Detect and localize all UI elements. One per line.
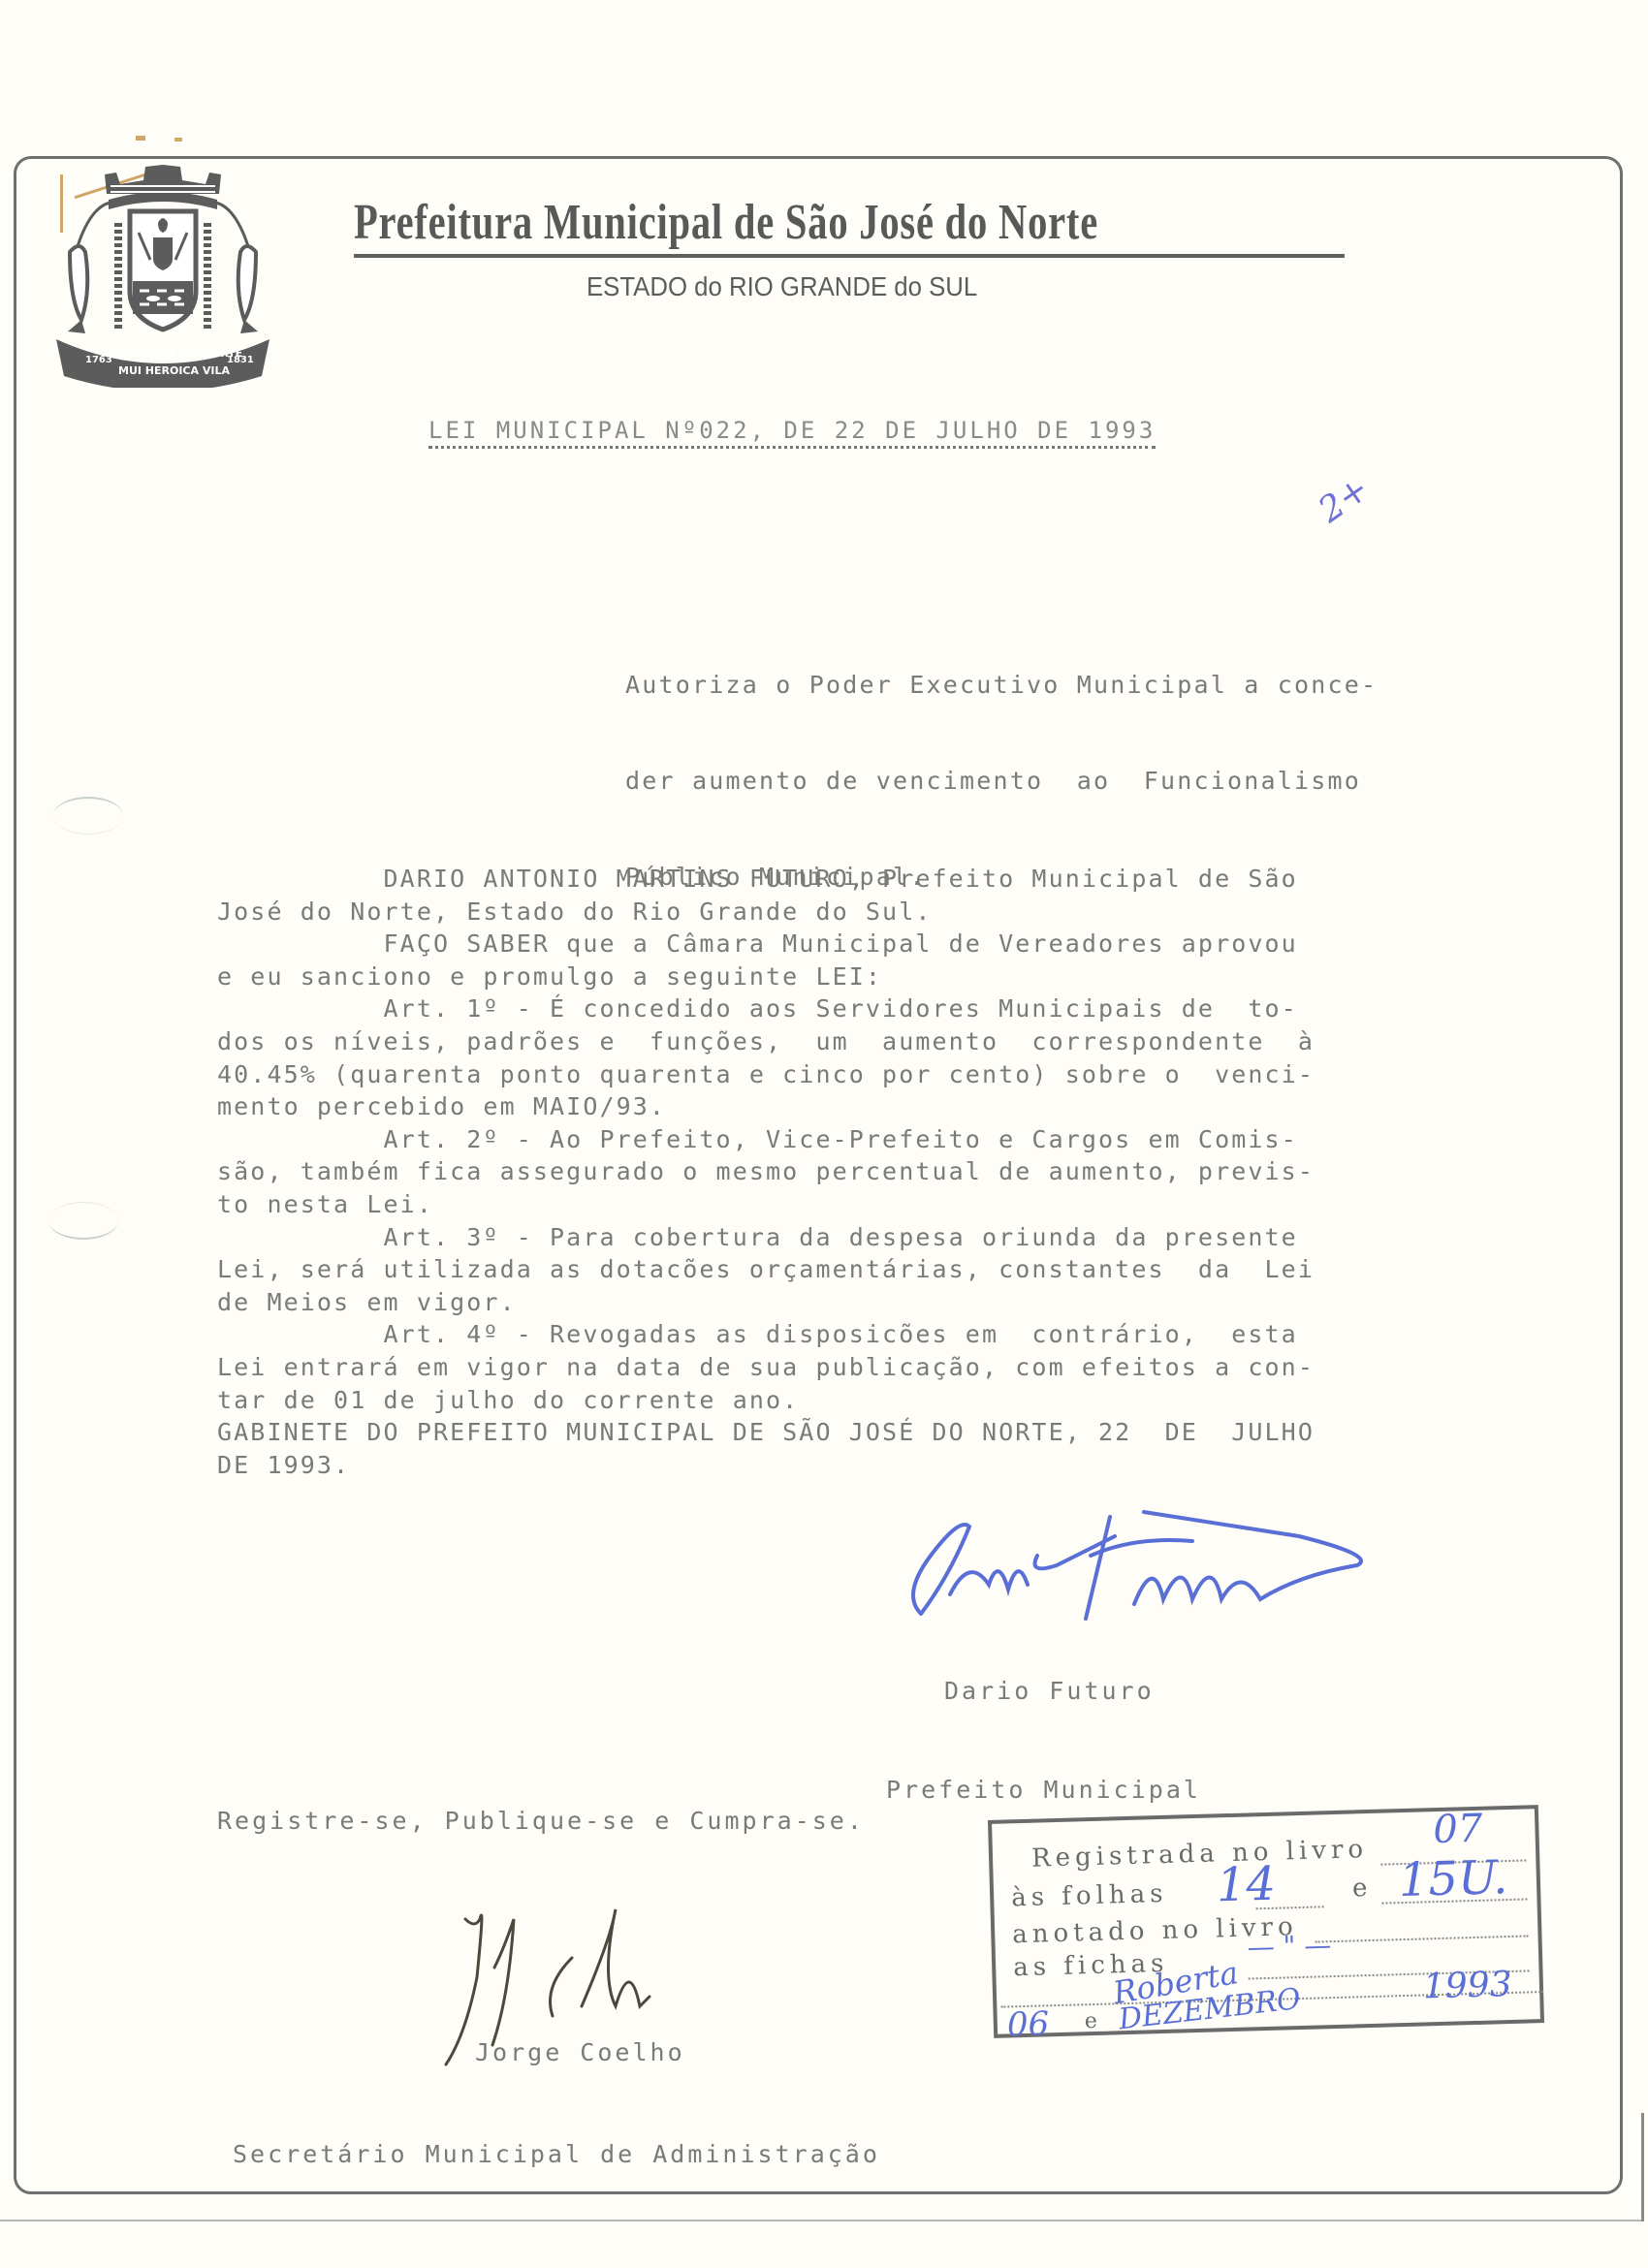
law-body-line: Art. 4º - Revogadas as disposicões em co… (217, 1318, 1516, 1351)
rust-stain (174, 138, 182, 142)
law-body-line: GABINETE DO PREFEITO MUNICIPAL DE SÃO JO… (217, 1416, 1516, 1449)
law-body-line: DE 1993. (217, 1449, 1516, 1482)
stamp-page-end: 15U. (1398, 1850, 1508, 1907)
law-body-line: tar de 01 de julho do corrente ano. (217, 1384, 1516, 1417)
stamp-connector: e (1352, 1874, 1373, 1904)
law-title: LEI MUNICIPAL Nº022, DE 22 DE JULHO DE 1… (428, 417, 1156, 449)
stamp-line-1-label: Registrada no livro (1031, 1835, 1369, 1874)
law-body: DARIO ANTONIO MARTINS FUTURO, Prefeito M… (217, 863, 1516, 1481)
stamp-date-connector: e (1084, 2009, 1102, 2033)
law-body-line: Lei, será utilizada as dotacões orçament… (217, 1253, 1516, 1286)
law-body-line: to nesta Lei. (217, 1188, 1516, 1221)
law-body-line: Art. 2º - Ao Prefeito, Vice-Prefeito e C… (217, 1123, 1516, 1156)
stamp-book-number: 07 (1433, 1807, 1483, 1852)
stamp-line-2-label: às folhas (1011, 1879, 1168, 1912)
law-body-line: são, também fica assegurado o mesmo perc… (217, 1155, 1516, 1188)
svg-text:SÃO JOSE DO NORTE: SÃO JOSE DO NORTE (120, 347, 242, 360)
stamp-date-day: 06 (1006, 2004, 1049, 2044)
law-body-line: FAÇO SABER que a Câmara Municipal de Ver… (217, 928, 1516, 961)
law-body-line: 40.45% (quarenta ponto quarenta e cinco … (217, 1058, 1516, 1091)
stamp-date-year: 1993 (1422, 1965, 1512, 2007)
mayor-role: Prefeito Municipal (886, 1774, 1201, 1807)
law-body-line: Art. 1º - É concedido aos Servidores Mun… (217, 992, 1516, 1025)
secretary-name: Jorge Coelho (233, 2035, 880, 2069)
svg-text:1763: 1763 (85, 355, 112, 365)
stamp-page-start: 14 (1216, 1857, 1277, 1913)
municipal-coat-of-arms-icon: 1763 SÃO JOSE DO NORTE MUI HEROICA VILA … (37, 145, 289, 388)
letterhead-title: Prefeitura Municipal de São José do Nort… (354, 194, 1098, 251)
svg-text:MUI HEROICA VILA: MUI HEROICA VILA (118, 364, 230, 377)
mayor-signature-block: Dario Futuro Prefeito Municipal (886, 1609, 1201, 1840)
closing-formula: Registre-se, Publique-se e Cumpra-se. (217, 1807, 865, 1835)
law-body-line: José do Norte, Estado do Rio Grande do S… (217, 896, 1516, 929)
secretary-role: Secretário Municipal de Administração (233, 2137, 880, 2171)
hole-punch-mark (53, 797, 123, 835)
svg-text:1831: 1831 (227, 355, 254, 365)
law-body-line: de Meios em vigor. (217, 1286, 1516, 1319)
stamp-ditto-mark: — " — (1247, 1929, 1332, 1963)
letterhead-rule (354, 254, 1345, 258)
law-summary-line: Autoriza o Poder Executivo Municipal a c… (625, 669, 1378, 701)
registry-stamp: Registrada no livro 07 às folhas 14 e 15… (988, 1805, 1544, 2038)
letterhead-subtitle: ESTADO do RIO GRANDE do SUL (586, 271, 977, 302)
law-body-line: Art. 3º - Para cobertura da despesa oriu… (217, 1221, 1516, 1254)
mayor-name: Dario Futuro (886, 1675, 1201, 1708)
law-body-line: DARIO ANTONIO MARTINS FUTURO, Prefeito M… (217, 863, 1516, 896)
page-bottom-edge (0, 2220, 1643, 2221)
rust-stain (136, 136, 145, 141)
law-body-line: dos os níveis, padrões e funções, um aum… (217, 1025, 1516, 1058)
law-body-line: Lei entrará em vigor na data de sua publ… (217, 1351, 1516, 1384)
law-summary-line: der aumento de vencimento ao Funcionalis… (625, 765, 1378, 797)
secretary-signature-block: Jorge Coelho Secretário Municipal de Adm… (233, 1968, 880, 2205)
hole-punch-mark (48, 1202, 118, 1240)
page-right-edge (1641, 2113, 1644, 2221)
law-body-line: mento percebido em MAIO/93. (217, 1090, 1516, 1123)
law-body-line: e eu sanciono e promulgo a seguinte LEI: (217, 961, 1516, 993)
